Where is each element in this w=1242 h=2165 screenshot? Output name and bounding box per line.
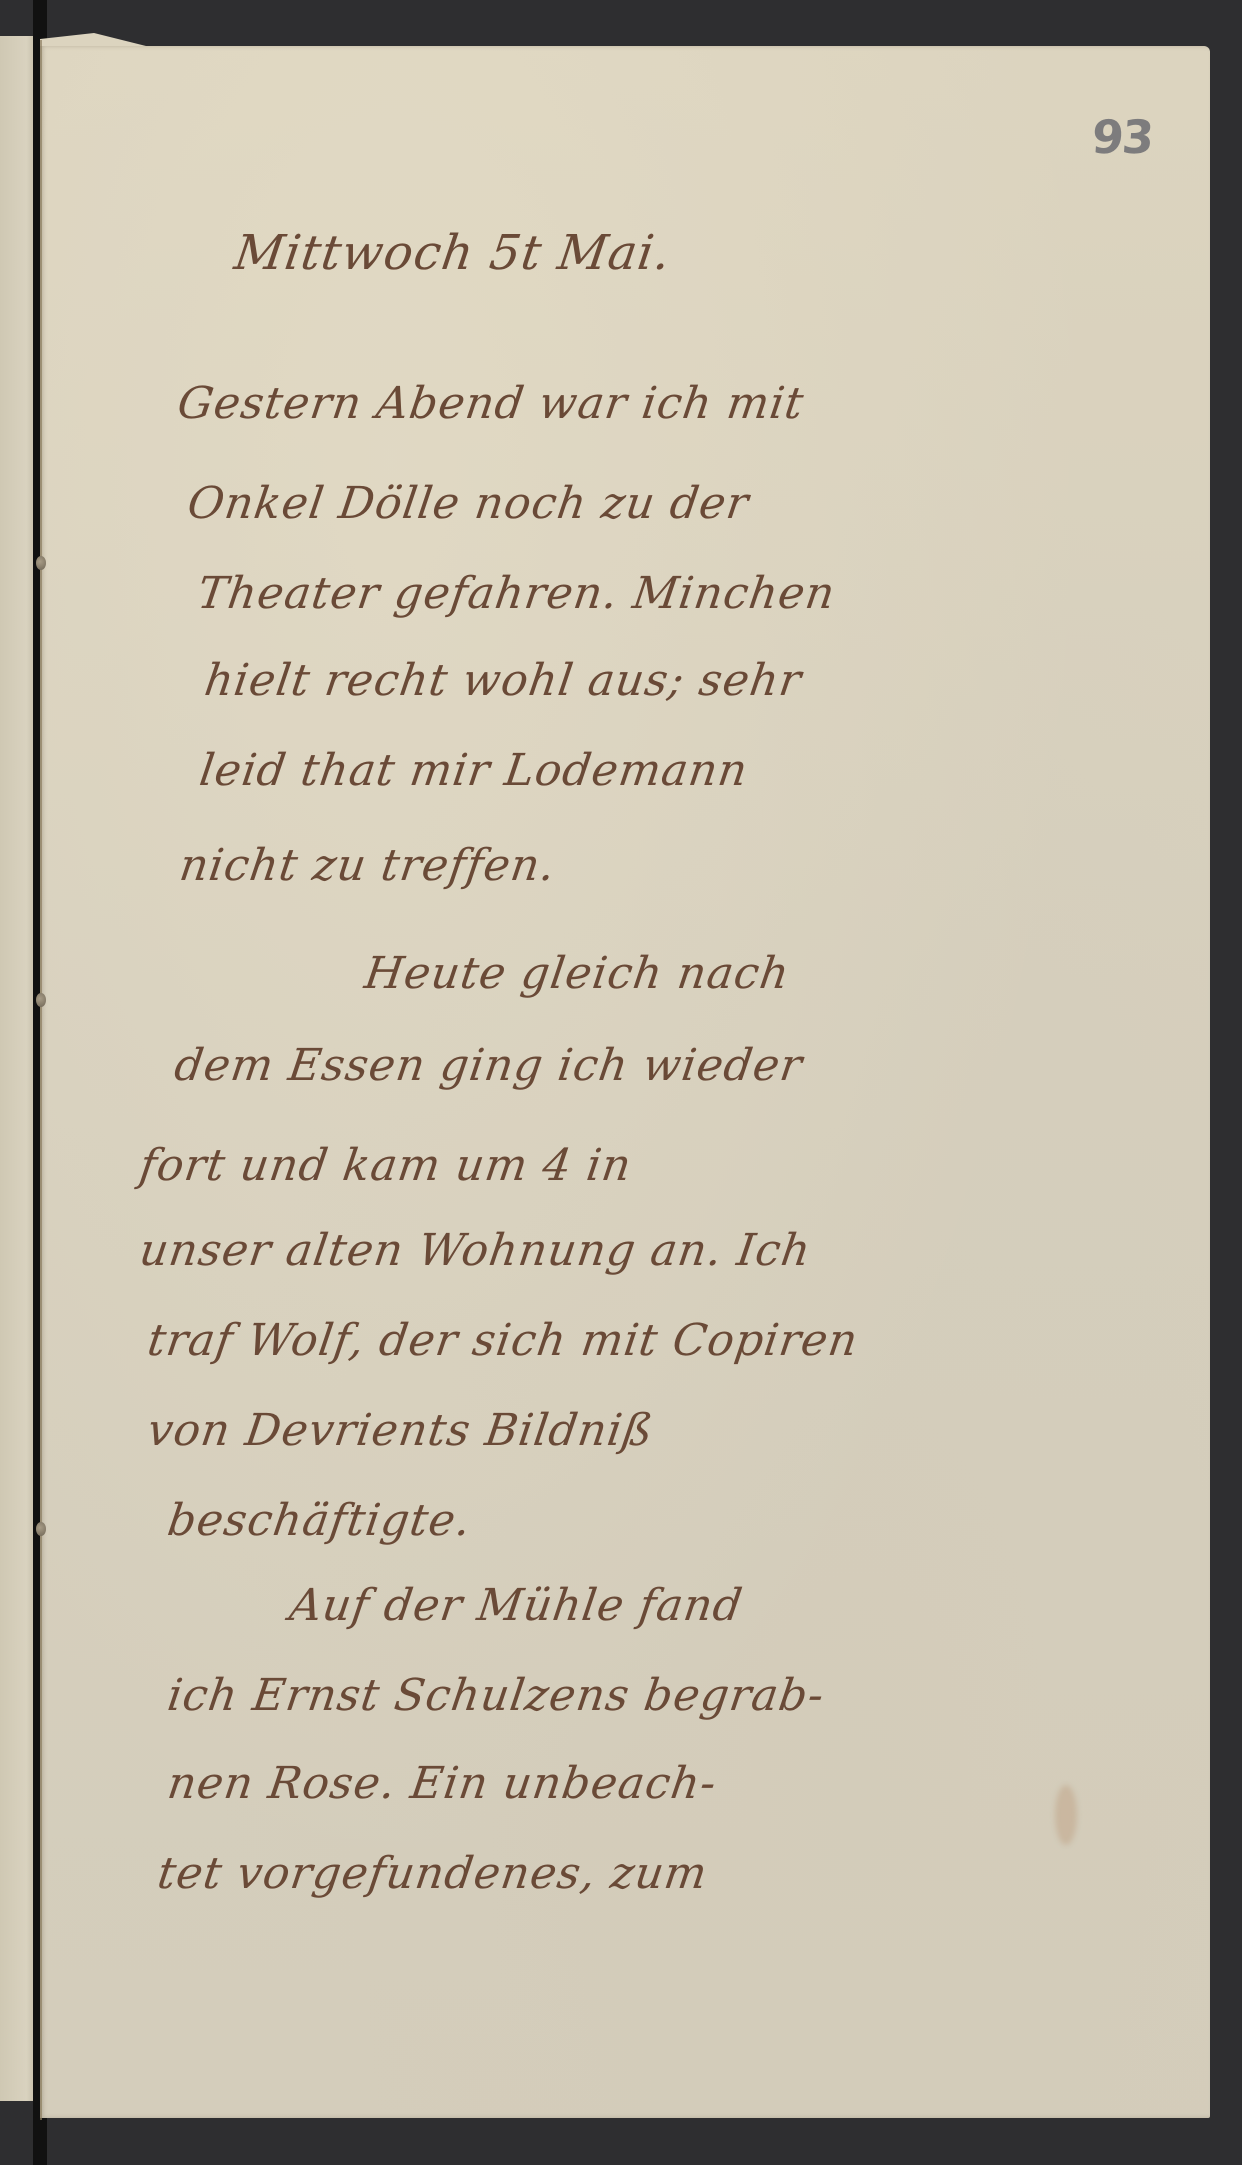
text-line: hielt recht wohl aus; sehr: [201, 655, 805, 706]
text-line: Auf der Mühle fand: [286, 1580, 746, 1631]
text-line: nen Rose. Ein unbeach-: [164, 1758, 720, 1809]
text-line: leid that mir Lodemann: [196, 745, 751, 796]
text-line: Theater gefahren. Minchen: [194, 568, 838, 619]
text-line: fort und kam um 4 in: [136, 1140, 635, 1191]
text-line: von Devrients Bildniß: [144, 1405, 656, 1456]
text-line: traf Wolf, der sich mit Copiren: [144, 1315, 861, 1366]
page-number: 93: [1090, 110, 1154, 164]
text-line: ich Ernst Schulzens begrab-: [164, 1670, 827, 1721]
gutter-fold: [40, 40, 42, 2120]
text-line: dem Essen ging ich wieder: [171, 1040, 806, 1091]
entry-date-heading: Mittwoch 5t Mai.: [231, 225, 674, 281]
binding-hole-icon: [36, 1522, 46, 1536]
text-line: nicht zu treffen.: [176, 840, 558, 891]
text-line: Gestern Abend war ich mit: [174, 378, 807, 429]
text-line: unser alten Wohnung an. Ich: [136, 1225, 814, 1276]
binding-hole-icon: [36, 556, 46, 570]
text-line: Onkel Dölle noch zu der: [184, 478, 752, 529]
text-line: beschäftigte.: [164, 1495, 474, 1546]
binding-hole-icon: [36, 993, 46, 1007]
ink-stain: [1055, 1785, 1077, 1845]
text-line: Heute gleich nach: [361, 948, 792, 999]
text-line: tet vorgefundenes, zum: [154, 1848, 710, 1899]
manuscript-scan: 93 Mittwoch 5t Mai. Gestern Abend war ic…: [0, 0, 1242, 2165]
